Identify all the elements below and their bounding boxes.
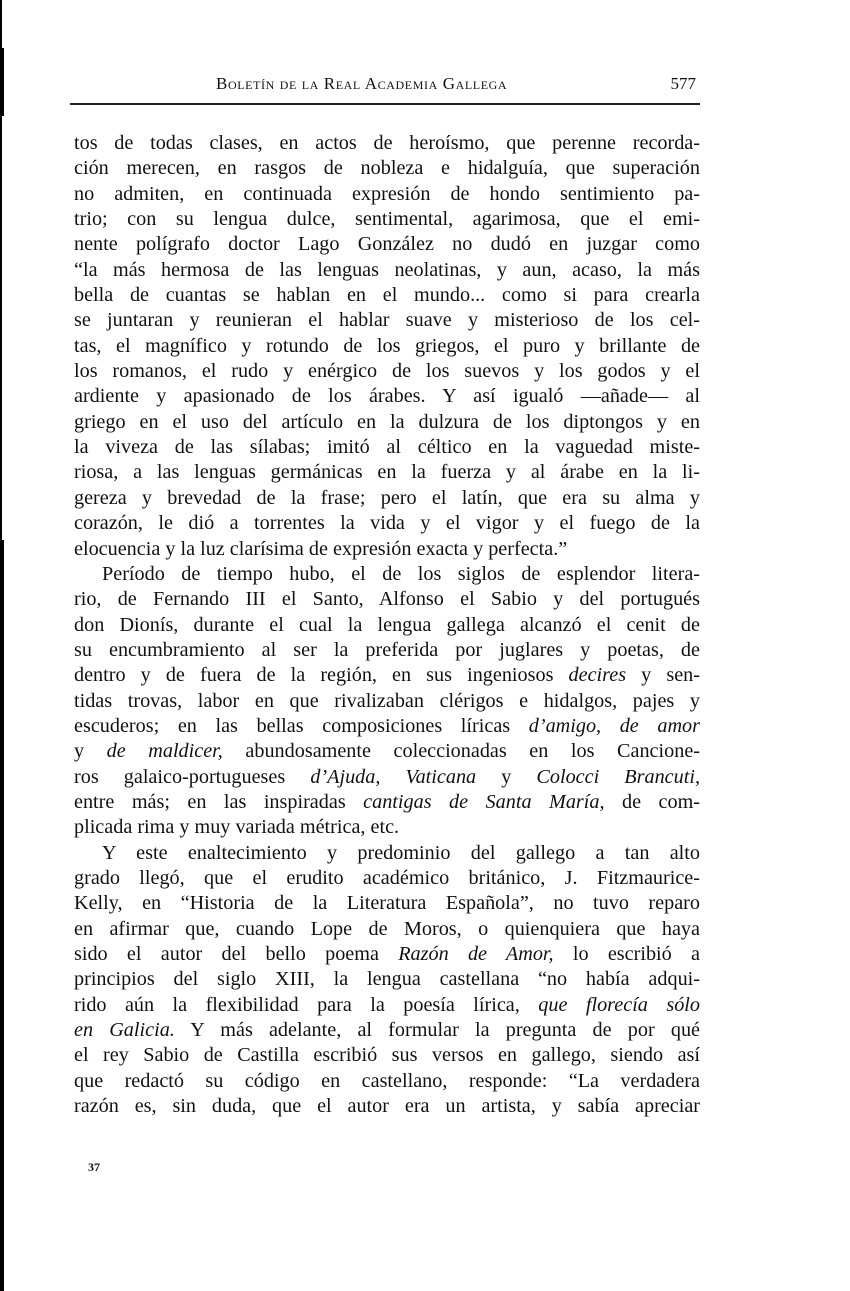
text-line: riosa, a las lenguas germánicas en la fu… xyxy=(74,460,700,485)
text-line: griego en el uso del artículo en la dulz… xyxy=(74,410,700,435)
text-segment: y xyxy=(476,766,536,788)
text-segment: escuderos; en las bellas composiciones l… xyxy=(74,715,529,737)
text-line: tas, el magnífico y rotundo de los grieg… xyxy=(74,334,700,359)
text-segment: tos de todas clases, en actos de heroísm… xyxy=(74,132,700,154)
text-segment: dentro y de fuera de la región, en sus i… xyxy=(74,664,569,686)
text-line: trio; con su lengua dulce, sentimental, … xyxy=(74,207,700,232)
text-line: tos de todas clases, en actos de heroísm… xyxy=(74,131,700,156)
text-segment: rido aún la flexibilidad para la poesía … xyxy=(74,994,538,1016)
text-line: dentro y de fuera de la región, en sus i… xyxy=(74,663,700,688)
text-line: su encumbramiento al ser la preferida po… xyxy=(74,638,700,663)
text-segment: riosa, a las lenguas germánicas en la fu… xyxy=(74,461,700,483)
text-line: gereza y brevedad de la frase; pero el l… xyxy=(74,486,700,511)
italic-title: en Galicia. xyxy=(74,1019,175,1041)
italic-title: d’Ajuda, Vaticana xyxy=(310,766,476,788)
text-line: tidas trovas, labor en que rivalizaban c… xyxy=(74,689,700,714)
text-segment: principios del siglo XIII, la lengua cas… xyxy=(74,968,700,990)
body-text: tos de todas clases, en actos de heroísm… xyxy=(74,131,700,1119)
text-segment: la viveza de las sílabas; imitó al célti… xyxy=(74,436,700,458)
text-segment: ción merecen, en rasgos de nobleza e hid… xyxy=(74,157,700,179)
italic-title: Colocci Brancuti, xyxy=(536,766,700,788)
text-line: se juntaran y reunieran el hablar suave … xyxy=(74,308,700,333)
italic-title: d’amigo, de amor xyxy=(529,715,700,737)
running-head: Boletín de la Real Academia Gallega 577 xyxy=(70,72,700,98)
text-line: nente polígrafo doctor Lago González no … xyxy=(74,232,700,257)
text-line: sido el autor del bello poema Razón de A… xyxy=(74,942,700,967)
text-segment: los romanos, el rudo y enérgico de los s… xyxy=(74,360,700,382)
journal-title: Boletín de la Real Academia Gallega xyxy=(216,74,507,94)
text-line: en afirmar que, cuando Lope de Moros, o … xyxy=(74,917,700,942)
text-segment: elocuencia y la luz clarísima de expresi… xyxy=(74,538,567,560)
text-line: la viveza de las sílabas; imitó al célti… xyxy=(74,435,700,460)
text-line: Kelly, en “Historia de la Literatura Esp… xyxy=(74,891,700,916)
text-segment: tidas trovas, labor en que rivalizaban c… xyxy=(74,690,700,712)
text-segment: lo escribió a xyxy=(554,943,700,965)
text-line: el rey Sabio de Castilla escribió sus ve… xyxy=(74,1043,700,1068)
text-segment: de com- xyxy=(605,791,700,813)
text-line: plicada rima y muy variada métrica, etc. xyxy=(74,815,700,840)
header-rule xyxy=(70,103,700,105)
text-segment: el rey Sabio de Castilla escribió sus ve… xyxy=(74,1044,700,1066)
text-line: ardiente y apasionado de los árabes. Y a… xyxy=(74,384,700,409)
text-segment: grado llegó, que el erudito académico br… xyxy=(74,867,700,889)
text-line: en Galicia. Y más adelante, al formular … xyxy=(74,1018,700,1043)
italic-title: Razón de Amor, xyxy=(398,943,553,965)
text-line: bella de cuantas se hablan en el mundo..… xyxy=(74,283,700,308)
italic-title: decires xyxy=(569,664,627,686)
text-line: grado llegó, que el erudito académico br… xyxy=(74,866,700,891)
text-line: ros galaico-portugueses d’Ajuda, Vatican… xyxy=(74,765,700,790)
page-number: 577 xyxy=(671,74,697,94)
text-line: escuderos; en las bellas composiciones l… xyxy=(74,714,700,739)
text-line: corazón, le dió a torrentes la vida y el… xyxy=(74,511,700,536)
text-line: los romanos, el rudo y enérgico de los s… xyxy=(74,359,700,384)
text-line: no admiten, en continuada expresión de h… xyxy=(74,182,700,207)
signature-mark: 37 xyxy=(88,1160,100,1175)
scan-edge-band xyxy=(0,48,4,116)
text-segment: en afirmar que, cuando Lope de Moros, o … xyxy=(74,918,700,940)
text-line: don Dionís, durante el cual la lengua ga… xyxy=(74,613,700,638)
text-line: “la más hermosa de las lenguas neolatina… xyxy=(74,258,700,283)
scan-edge-band xyxy=(0,540,4,1291)
text-segment: entre más; en las inspiradas xyxy=(74,791,363,813)
italic-title: de maldicer, xyxy=(107,740,223,762)
text-segment: ardiente y apasionado de los árabes. Y a… xyxy=(74,385,700,407)
text-segment: y sen- xyxy=(626,664,700,686)
text-segment: plicada rima y muy variada métrica, etc. xyxy=(74,816,399,838)
text-line: principios del siglo XIII, la lengua cas… xyxy=(74,967,700,992)
text-segment: nente polígrafo doctor Lago González no … xyxy=(74,233,700,255)
text-segment: griego en el uso del artículo en la dulz… xyxy=(74,411,700,433)
text-line: ción merecen, en rasgos de nobleza e hid… xyxy=(74,156,700,181)
text-segment: abundosamente coleccionadas en los Canci… xyxy=(223,740,700,762)
text-segment: se juntaran y reunieran el hablar suave … xyxy=(74,309,700,331)
text-line: que redactó su código en castellano, res… xyxy=(74,1069,700,1094)
text-segment: sido el autor del bello poema xyxy=(74,943,398,965)
text-segment: trio; con su lengua dulce, sentimental, … xyxy=(74,208,700,230)
text-segment: bella de cuantas se hablan en el mundo..… xyxy=(74,284,700,306)
text-segment: Y este enaltecimiento y predominio del g… xyxy=(102,842,700,864)
text-segment: Período de tiempo hubo, el de los siglos… xyxy=(102,563,700,585)
text-segment: no admiten, en continuada expresión de h… xyxy=(74,183,700,205)
text-line: elocuencia y la luz clarísima de expresi… xyxy=(74,537,700,562)
text-line: y de maldicer, abundosamente coleccionad… xyxy=(74,739,700,764)
text-segment: tas, el magnífico y rotundo de los grieg… xyxy=(74,335,700,357)
text-line: razón es, sin duda, que el autor era un … xyxy=(74,1094,700,1119)
text-segment: y xyxy=(74,740,107,762)
text-line: Período de tiempo hubo, el de los siglos… xyxy=(74,562,700,587)
text-line: rido aún la flexibilidad para la poesía … xyxy=(74,993,700,1018)
text-segment: corazón, le dió a torrentes la vida y el… xyxy=(74,512,700,534)
text-segment: rio, de Fernando III el Santo, Alfonso e… xyxy=(74,588,700,610)
text-segment: Y más adelante, al formular la pregunta … xyxy=(175,1019,700,1041)
text-line: rio, de Fernando III el Santo, Alfonso e… xyxy=(74,587,700,612)
text-line: entre más; en las inspiradas cantigas de… xyxy=(74,790,700,815)
text-segment: ros galaico-portugueses xyxy=(74,766,310,788)
italic-title: que florecía sólo xyxy=(538,994,700,1016)
italic-title: cantigas de Santa María, xyxy=(363,791,604,813)
text-line: Y este enaltecimiento y predominio del g… xyxy=(74,841,700,866)
text-segment: su encumbramiento al ser la preferida po… xyxy=(74,639,700,661)
text-segment: Kelly, en “Historia de la Literatura Esp… xyxy=(74,892,700,914)
text-segment: “la más hermosa de las lenguas neolatina… xyxy=(74,259,700,281)
text-segment: gereza y brevedad de la frase; pero el l… xyxy=(74,487,700,509)
text-segment: razón es, sin duda, que el autor era un … xyxy=(74,1095,700,1117)
text-segment: que redactó su código en castellano, res… xyxy=(74,1070,700,1092)
text-segment: don Dionís, durante el cual la lengua ga… xyxy=(74,614,700,636)
